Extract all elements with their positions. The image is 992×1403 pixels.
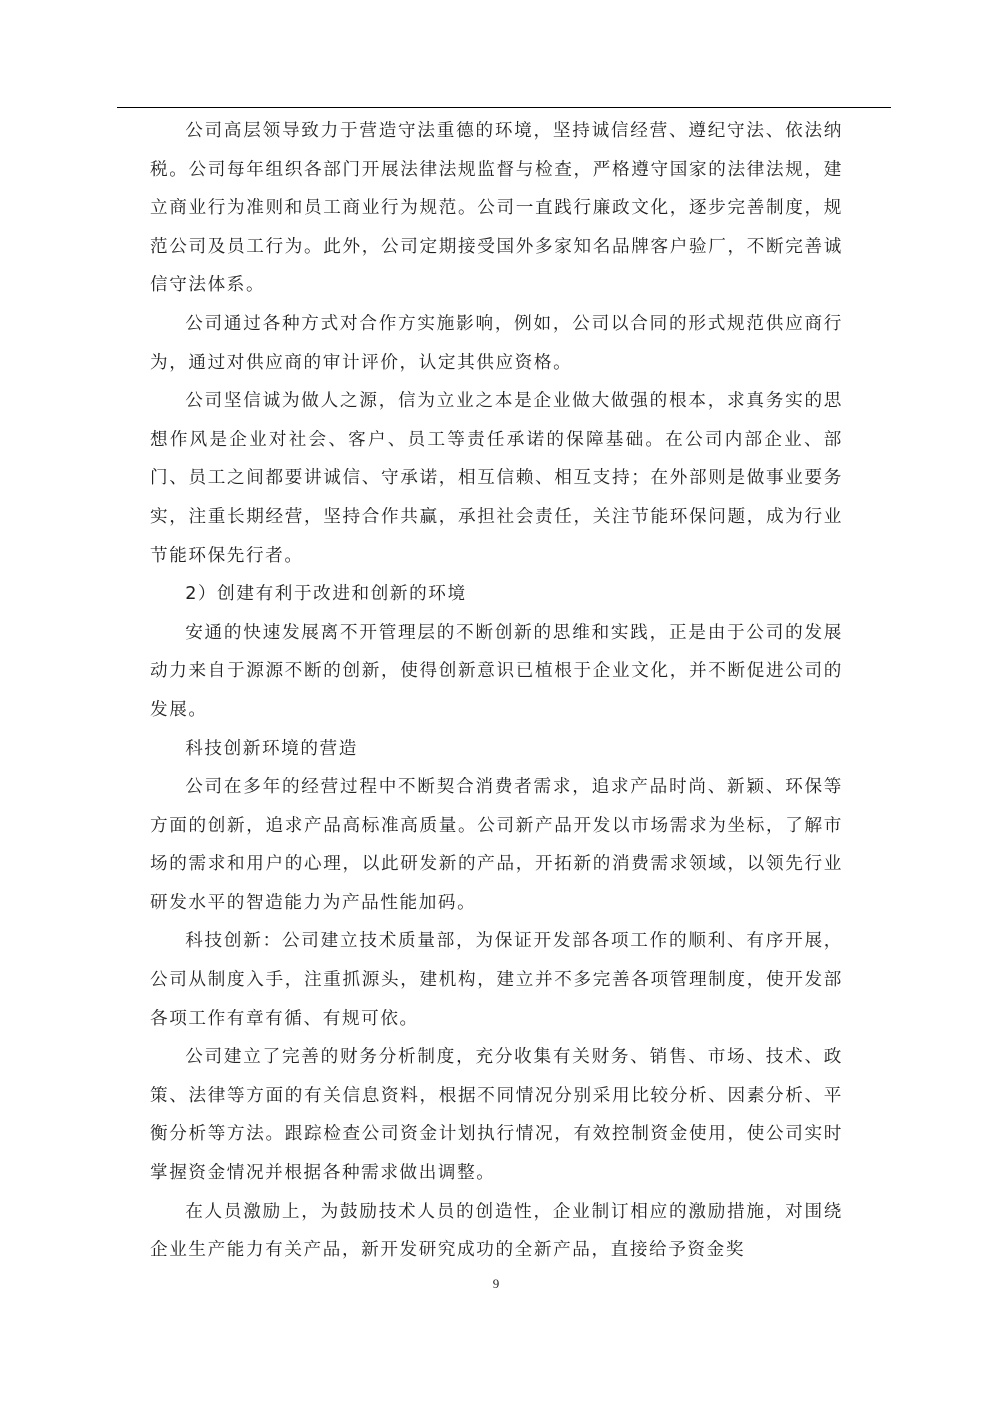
paragraph-innovation-development: 安通的快速发展离不开管理层的不断创新的思维和实践，正是由于公司的发展动力来自于源…	[150, 614, 843, 730]
document-page: 公司高层领导致力于营造守法重德的环境，坚持诚信经营、遵纪守法、依法纳税。公司每年…	[0, 0, 992, 1403]
paragraph-staff-incentives: 在人员激励上，为鼓励技术人员的创造性，企业制订相应的激励措施，对围绕企业生产能力…	[150, 1193, 843, 1270]
page-number: 9	[0, 1276, 992, 1292]
section-heading-innovation-environment: 2）创建有利于改进和创新的环境	[150, 575, 843, 614]
body-text: 公司高层领导致力于营造守法重德的环境，坚持诚信经营、遵纪守法、依法纳税。公司每年…	[150, 112, 843, 1270]
paragraph-partners: 公司通过各种方式对合作方实施影响，例如，公司以合同的形式规范供应商行为，通过对供…	[150, 305, 843, 382]
paragraph-financial-analysis: 公司建立了完善的财务分析制度，充分收集有关财务、销售、市场、技术、政策、法律等方…	[150, 1038, 843, 1192]
subheading-tech-innovation: 科技创新环境的营造	[150, 730, 843, 769]
paragraph-credibility: 公司坚信诚为做人之源，信为立业之本是企业做大做强的根本，求真务实的思想作风是企业…	[150, 382, 843, 575]
header-rule	[117, 107, 891, 108]
paragraph-tech-quality-dept: 科技创新：公司建立技术质量部，为保证开发部各项工作的顺利、有序开展，公司从制度入…	[150, 922, 843, 1038]
paragraph-integrity: 公司高层领导致力于营造守法重德的环境，坚持诚信经营、遵纪守法、依法纳税。公司每年…	[150, 112, 843, 305]
paragraph-product-innovation: 公司在多年的经营过程中不断契合消费者需求，追求产品时尚、新颖、环保等方面的创新，…	[150, 768, 843, 922]
